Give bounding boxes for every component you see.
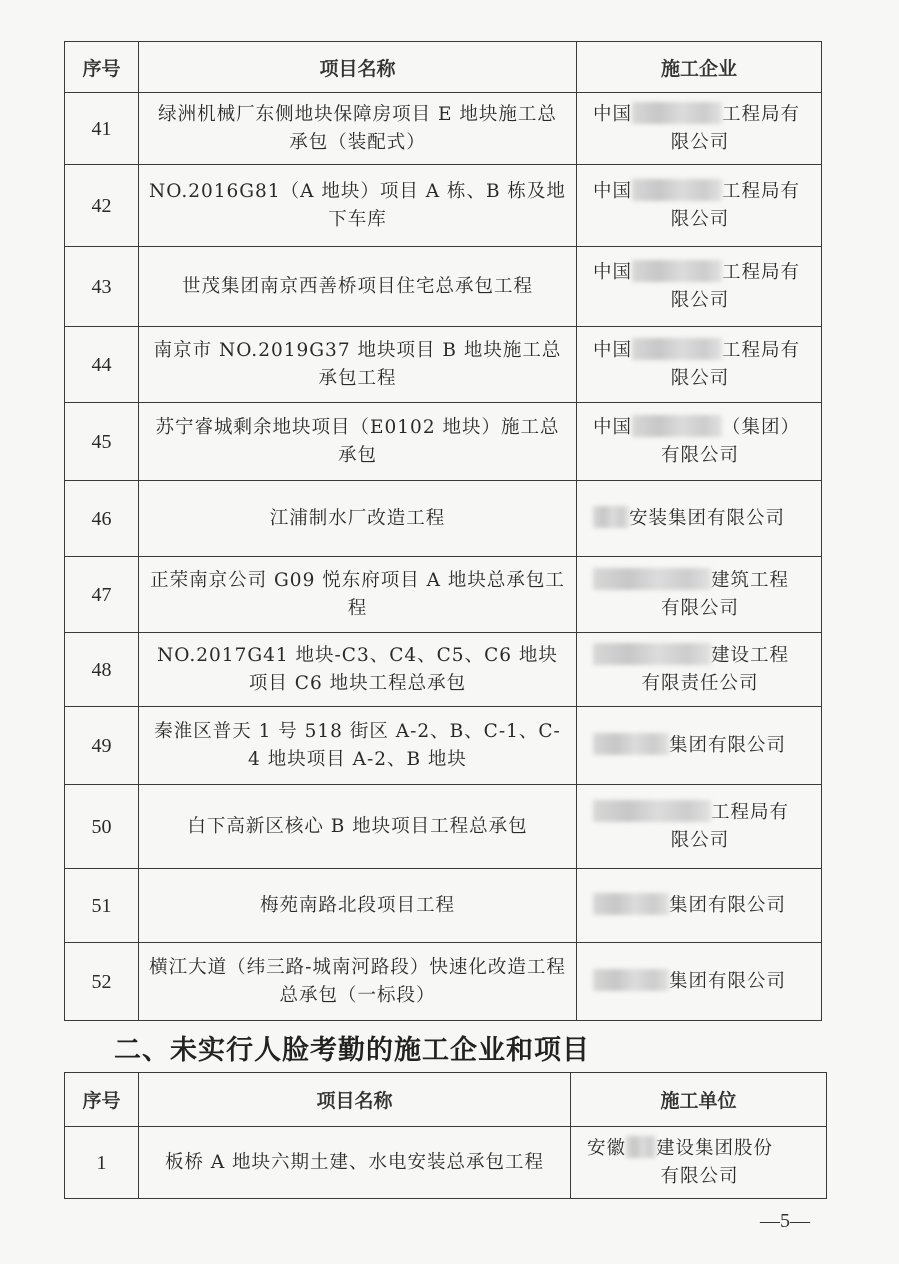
- company-suffix: 建设工程: [711, 645, 789, 666]
- redacted-blur: [632, 260, 722, 282]
- table-row: 51梅苑南路北段项目工程集团有限公司: [65, 869, 822, 943]
- company-name: 集团有限公司: [577, 707, 822, 785]
- project-name: 正荣南京公司 G09 悦东府项目 A 地块总承包工程: [139, 557, 577, 633]
- redacted-blur: [593, 969, 669, 991]
- company-suffix: 工程局有: [722, 181, 800, 202]
- company-prefix: 安徽: [587, 1138, 626, 1159]
- row-index: 49: [65, 707, 139, 785]
- company-name: 安徽建设集团股份有限公司: [571, 1127, 827, 1199]
- project-name: NO.2016G81（A 地块）项目 A 栋、B 栋及地下车库: [139, 165, 577, 247]
- header-index: 序号: [65, 42, 139, 93]
- company-line2: 有限公司: [593, 595, 807, 623]
- table-row: 47正荣南京公司 G09 悦东府项目 A 地块总承包工程建筑工程有限公司: [65, 557, 822, 633]
- company-suffix: （集团）: [722, 417, 800, 438]
- company-suffix: 工程局有: [722, 262, 800, 283]
- company-line2: 有限责任公司: [593, 670, 807, 698]
- company-suffix: 集团有限公司: [669, 895, 786, 916]
- company-suffix: 建设集团股份: [656, 1138, 773, 1159]
- table-row: 50白下高新区核心 B 地块项目工程总承包工程局有限公司: [65, 785, 822, 869]
- company-line2: 限公司: [593, 206, 807, 234]
- company-line2: 有限公司: [587, 1163, 812, 1191]
- company-name: 集团有限公司: [577, 869, 822, 943]
- redacted-blur: [632, 102, 722, 124]
- project-name: 绿洲机械厂东侧地块保障房项目 E 地块施工总承包（装配式）: [139, 93, 577, 165]
- row-index: 1: [65, 1127, 139, 1199]
- header-company: 施工单位: [571, 1073, 827, 1127]
- project-name: 白下高新区核心 B 地块项目工程总承包: [139, 785, 577, 869]
- redacted-blur: [593, 568, 711, 590]
- row-index: 47: [65, 557, 139, 633]
- table-header-row: 序号 项目名称 施工企业: [65, 42, 822, 93]
- company-suffix: 安装集团有限公司: [629, 508, 785, 529]
- row-index: 44: [65, 327, 139, 403]
- table-row: 49秦淮区普天 1 号 518 街区 A-2、B、C-1、C-4 地块项目 A-…: [65, 707, 822, 785]
- project-table-2: 序号 项目名称 施工单位 1板桥 A 地块六期土建、水电安装总承包工程安徽建设集…: [64, 1072, 827, 1199]
- company-line2: 有限公司: [593, 442, 807, 470]
- table-row: 48NO.2017G41 地块-C3、C4、C5、C6 地块项目 C6 地块工程…: [65, 633, 822, 707]
- redacted-blur: [632, 179, 722, 201]
- company-name: 建设工程有限责任公司: [577, 633, 822, 707]
- company-name: 中国工程局有限公司: [577, 327, 822, 403]
- company-suffix: 工程局有: [711, 802, 789, 823]
- row-index: 43: [65, 247, 139, 327]
- table-row: 46江浦制水厂改造工程安装集团有限公司: [65, 481, 822, 557]
- page-number: —5—: [760, 1210, 810, 1233]
- redacted-blur: [632, 415, 722, 437]
- project-name: 秦淮区普天 1 号 518 街区 A-2、B、C-1、C-4 地块项目 A-2、…: [139, 707, 577, 785]
- company-suffix: 工程局有: [722, 340, 800, 361]
- table-row: 44南京市 NO.2019G37 地块项目 B 地块施工总承包工程中国工程局有限…: [65, 327, 822, 403]
- company-prefix: 中国: [593, 340, 632, 361]
- table-row: 43世茂集团南京西善桥项目住宅总承包工程中国工程局有限公司: [65, 247, 822, 327]
- company-name: 中国工程局有限公司: [577, 93, 822, 165]
- company-name: 中国（集团）有限公司: [577, 403, 822, 481]
- table-row: 1板桥 A 地块六期土建、水电安装总承包工程安徽建设集团股份有限公司: [65, 1127, 827, 1199]
- header-company: 施工企业: [577, 42, 822, 93]
- redacted-blur: [593, 643, 711, 665]
- project-name: 梅苑南路北段项目工程: [139, 869, 577, 943]
- company-line2: 限公司: [593, 287, 807, 315]
- row-index: 46: [65, 481, 139, 557]
- project-name: 板桥 A 地块六期土建、水电安装总承包工程: [139, 1127, 571, 1199]
- project-name: 世茂集团南京西善桥项目住宅总承包工程: [139, 247, 577, 327]
- row-index: 52: [65, 943, 139, 1021]
- company-name: 集团有限公司: [577, 943, 822, 1021]
- redacted-blur: [593, 893, 669, 915]
- company-suffix: 建筑工程: [711, 570, 789, 591]
- company-suffix: 集团有限公司: [669, 735, 786, 756]
- company-suffix: 集团有限公司: [669, 971, 786, 992]
- redacted-blur: [593, 733, 669, 755]
- row-index: 42: [65, 165, 139, 247]
- header-project: 项目名称: [139, 1073, 571, 1127]
- company-prefix: 中国: [593, 104, 632, 125]
- company-line2: 限公司: [593, 365, 807, 393]
- company-prefix: 中国: [593, 181, 632, 202]
- company-name: 中国工程局有限公司: [577, 165, 822, 247]
- row-index: 50: [65, 785, 139, 869]
- header-index: 序号: [65, 1073, 139, 1127]
- project-name: 江浦制水厂改造工程: [139, 481, 577, 557]
- row-index: 45: [65, 403, 139, 481]
- table-row: 42NO.2016G81（A 地块）项目 A 栋、B 栋及地下车库中国工程局有限…: [65, 165, 822, 247]
- company-name: 建筑工程有限公司: [577, 557, 822, 633]
- redacted-blur: [593, 800, 711, 822]
- project-name: 南京市 NO.2019G37 地块项目 B 地块施工总承包工程: [139, 327, 577, 403]
- redacted-blur: [593, 506, 629, 528]
- project-name: NO.2017G41 地块-C3、C4、C5、C6 地块项目 C6 地块工程总承…: [139, 633, 577, 707]
- company-line2: 限公司: [593, 827, 807, 855]
- company-suffix: 工程局有: [722, 104, 800, 125]
- redacted-blur: [626, 1136, 656, 1158]
- table-header-row: 序号 项目名称 施工单位: [65, 1073, 827, 1127]
- row-index: 51: [65, 869, 139, 943]
- row-index: 41: [65, 93, 139, 165]
- section-title: 二、未实行人脸考勤的施工企业和项目: [114, 1028, 590, 1067]
- table-row: 52横江大道（纬三路-城南河路段）快速化改造工程总承包（一标段）集团有限公司: [65, 943, 822, 1021]
- table-row: 45苏宁睿城剩余地块项目（E0102 地块）施工总承包中国（集团）有限公司: [65, 403, 822, 481]
- company-line2: 限公司: [593, 129, 807, 157]
- table-row: 41绿洲机械厂东侧地块保障房项目 E 地块施工总承包（装配式）中国工程局有限公司: [65, 93, 822, 165]
- company-prefix: 中国: [593, 262, 632, 283]
- redacted-blur: [632, 338, 722, 360]
- company-name: 中国工程局有限公司: [577, 247, 822, 327]
- company-name: 工程局有限公司: [577, 785, 822, 869]
- project-name: 苏宁睿城剩余地块项目（E0102 地块）施工总承包: [139, 403, 577, 481]
- header-project: 项目名称: [139, 42, 577, 93]
- company-name: 安装集团有限公司: [577, 481, 822, 557]
- project-name: 横江大道（纬三路-城南河路段）快速化改造工程总承包（一标段）: [139, 943, 577, 1021]
- company-prefix: 中国: [593, 417, 632, 438]
- row-index: 48: [65, 633, 139, 707]
- project-table-1: 序号 项目名称 施工企业 41绿洲机械厂东侧地块保障房项目 E 地块施工总承包（…: [64, 41, 822, 1021]
